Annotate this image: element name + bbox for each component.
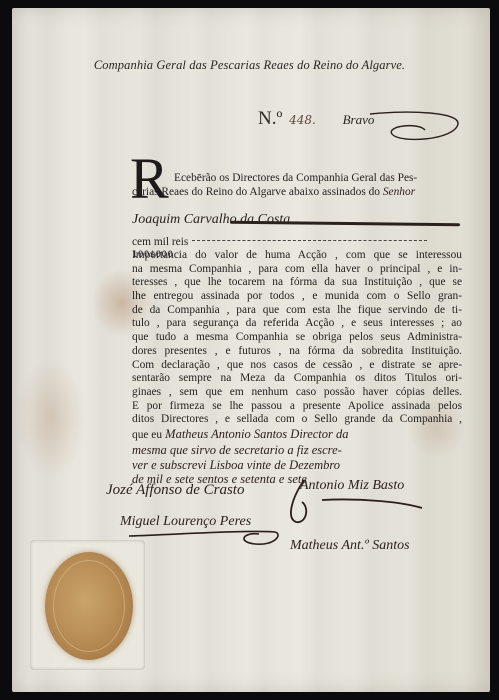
manuscript-line: que eu Matheus Antonio Santos Director d… (132, 427, 462, 443)
signature-flourish-icon (125, 520, 285, 550)
body-line: lhe entregou assinada por todos , e muni… (132, 290, 462, 304)
opening-text-2: carias Reaes do Reino do Algarve abaixo … (132, 186, 462, 200)
body-line: Importancia do valor de huma Acção , com… (132, 249, 462, 263)
manuscript-line-1: Matheus Antonio Santos Director da (165, 427, 348, 441)
water-stain (16, 358, 86, 478)
body-line: na mesma Companhia , para com ella haver… (132, 263, 462, 277)
amount-words: cem mil reis (132, 236, 188, 248)
number-value: 448. (289, 113, 316, 127)
body-line: dores presentes , e futuros , na fórma d… (132, 345, 462, 359)
body-line: sentarão sempre na Meza da Companhia os … (132, 372, 462, 386)
opening-line-2: carias Reaes do Reino do Algarve abaixo … (132, 186, 380, 198)
document-header: Companhia Geral das Pescarias Reaes do R… (0, 58, 499, 73)
seal-paper (30, 540, 145, 670)
body-line: que tudo a mesma Companhia se obriga pel… (132, 331, 462, 345)
flourish-icon (330, 108, 470, 148)
body-line: de da Companhia , para que com esta lhe … (132, 304, 462, 318)
opening-line-2-hand: Senhor (383, 186, 415, 198)
opening-text: Ecebērão os Directores da Companhia Gera… (174, 172, 464, 186)
body-line: ginaes , sem que em nenhum caso possão h… (132, 386, 462, 400)
body-line: tulo , para segurança da referida Acção … (132, 317, 462, 331)
body-paragraph: Importancia do valor de huma Acção , com… (132, 249, 462, 427)
body-line: Com declaração , que nos casos de cessão… (132, 359, 462, 373)
number-label: N.º (258, 108, 282, 129)
wax-seal-icon (45, 552, 133, 660)
manuscript-line: mesma que sirvo de secretario a fiz escr… (132, 443, 462, 458)
opening-line-1: Ecebērão os Directores da Companhia Gera… (174, 172, 464, 186)
closing-printed: que eu (132, 429, 162, 441)
dotted-leader (192, 240, 427, 241)
body-line: ditos Directores , e sellada com o Sello… (132, 413, 462, 427)
manuscript-line: ver e subscrevi Lisboa vinte de Dezembro (132, 458, 462, 473)
holder-name: Joaquim Carvalho da Costa (132, 212, 290, 228)
signature-flourish-icon (282, 478, 432, 528)
signature-4: Matheus Ant.º Santos (290, 538, 410, 554)
body-line: teresses , que lhe tocarem na fórma da s… (132, 276, 462, 290)
signature-1: Jozé Affonso de Crasto (106, 482, 244, 499)
body-line: E por firmeza se lhe passou a presente A… (132, 400, 462, 414)
